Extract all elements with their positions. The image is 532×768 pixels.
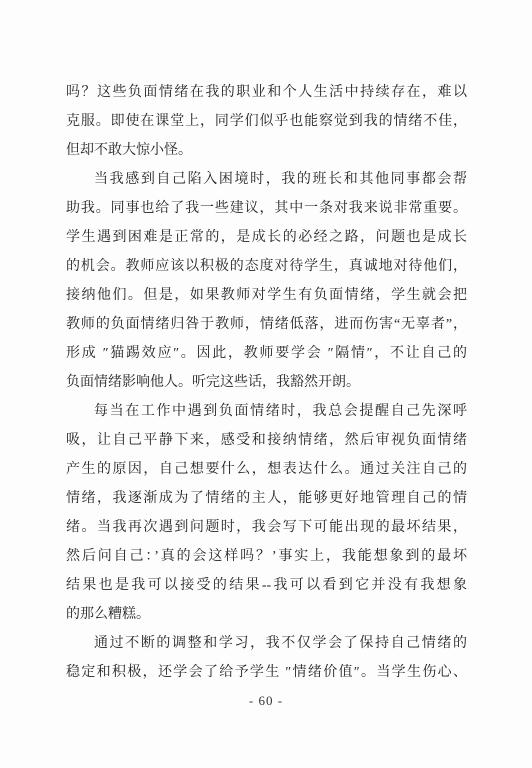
text-line: 吗？这些负面情绪在我的职业和个人生活中持续存在，难以 (66, 78, 467, 107)
text-line: 学生遇到困难是正常的，是成长的必经之路，问题也是成长 (66, 223, 467, 252)
text-line: 情绪，我逐渐成为了情绪的主人，能够更好地管理自己的情 (66, 484, 467, 513)
text-line: 当我感到自己陷入困境时，我的班长和其他同事都会帮 (66, 165, 467, 194)
text-line: 通过不断的调整和学习，我不仅学会了保持自己情绪的 (66, 629, 467, 658)
text-line: 接纳他们。但是，如果教师对学生有负面情绪，学生就会把 (66, 281, 467, 310)
text-line: 然后问自己：’真的会这样吗？’事实上，我能想象到的最坏 (66, 542, 467, 571)
book-page: 吗？这些负面情绪在我的职业和个人生活中持续存在，难以克服。即使在课堂上，同学们似… (0, 0, 532, 768)
text-line: 克服。即使在课堂上，同学们似乎也能察觉到我的情绪不佳， (66, 107, 467, 136)
text-line: 稳定和积极，还学会了给予学生 ″情绪价值″。当学生伤心、 (66, 658, 467, 687)
text-line: 负面情绪影响他人。听完这些话，我豁然开朗。 (66, 368, 467, 397)
text-line: 吸，让自己平静下来，感受和接纳情绪，然后审视负面情绪 (66, 426, 467, 455)
text-line: 形成 ″猫踢效应″。因此，教师要学会 ″隔情″，不让自己的 (66, 339, 467, 368)
text-line: 结果也是我可以接受的结果--我可以看到它并没有我想象 (66, 571, 467, 600)
text-line: 绪。当我再次遇到问题时，我会写下可能出现的最坏结果， (66, 513, 467, 542)
text-line: 的机会。教师应该以积极的态度对待学生，真诚地对待他们， (66, 252, 467, 281)
text-line: 产生的原因，自己想要什么，想表达什么。通过关注自己的 (66, 455, 467, 484)
page-text: 吗？这些负面情绪在我的职业和个人生活中持续存在，难以克服。即使在课堂上，同学们似… (66, 78, 467, 687)
text-line: 每当在工作中遇到负面情绪时，我总会提醒自己先深呼 (66, 397, 467, 426)
text-line: 但却不敢大惊小怪。 (66, 136, 467, 165)
text-line: 的那么糟糕。 (66, 600, 467, 629)
text-line: 助我。同事也给了我一些建议，其中一条对我来说非常重要。 (66, 194, 467, 223)
text-line: 教师的负面情绪归咎于教师，情绪低落，进而伤害“无辜者”， (66, 310, 467, 339)
page-number: - 60 - (0, 691, 532, 711)
